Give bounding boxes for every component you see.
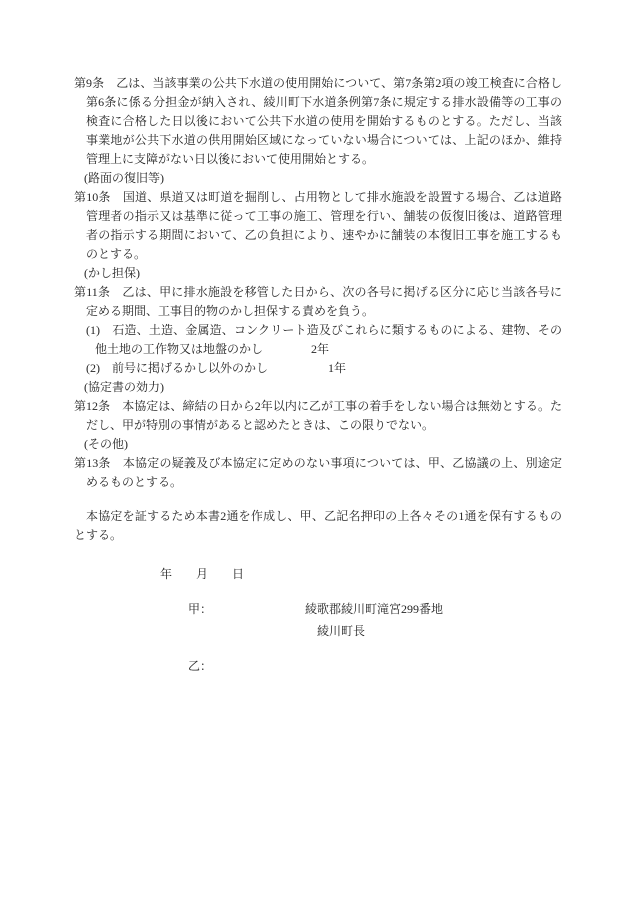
article-13-line2: めるものとする。 <box>86 473 562 492</box>
article-11-item2: (2) 前号に掲げるかし以外のかし 1年 <box>86 359 562 378</box>
article-9-line1: 第9条 乙は、当該事業の公共下水道の使用開始について、第7条第2項の竣工検査に合… <box>74 74 562 93</box>
heading-road-restoration: (路面の復旧等) <box>84 169 562 188</box>
party-b-label: 乙： <box>188 657 212 676</box>
article-11-line2: 定める期間、工事目的物のかし担保する責めを負う。 <box>86 302 562 321</box>
article-10-line1: 第10条 国道、県道又は町道を掘削し、占用物として排水施設を設置する場合、乙は道… <box>74 188 562 207</box>
party-b-line: 乙： <box>188 657 562 676</box>
article-9-line5: 管理上に支障がない日以後において使用開始とする。 <box>86 150 562 169</box>
party-a-address: 綾歌郡綾川町滝宮299番地 <box>305 600 443 619</box>
article-10-line3: 者の指示する期間において、乙の負担により、速やかに舗装の本復旧工事を施工するも <box>86 226 562 245</box>
article-9-line4: 事業地が公共下水道の供用開始区域になっていない場合については、上記のほか、維持 <box>86 131 562 150</box>
article-11-item1-line2: 他土地の工作物又は地盤のかし 2年 <box>95 340 562 359</box>
party-a-label: 甲： <box>188 600 212 619</box>
agreement-body: 第9条 乙は、当該事業の公共下水道の使用開始について、第7条第2項の竣工検査に合… <box>0 0 630 676</box>
article-10-line4: のとする。 <box>86 245 562 264</box>
closing-line1: 本協定を証するため本書2通を作成し、甲、乙記名押印の上各々その1通を保有するもの <box>86 507 562 526</box>
heading-defect-warranty: (かし担保) <box>84 264 562 283</box>
party-a-line: 甲：綾歌郡綾川町滝宮299番地 <box>188 600 562 619</box>
heading-misc: (その他) <box>84 435 562 454</box>
article-13-line1: 第13条 本協定の疑義及び本協定に定めのない事項については、甲、乙協議の上、別途… <box>74 454 562 473</box>
heading-agreement-effect: (協定書の効力) <box>84 378 562 397</box>
closing-line2: とする。 <box>74 526 562 545</box>
article-9-line2: 第6条に係る分担金が納入され、綾川町下水道条例第7条に規定する排水設備等の工事の <box>86 93 562 112</box>
date-line: 年 月 日 <box>160 565 562 584</box>
article-12-line1: 第12条 本協定は、締結の日から2年以内に乙が工事の着手をしない場合は無効とする… <box>74 397 562 416</box>
article-9-line3: 検査に合格した日以後において公共下水道の使用を開始するものとする。ただし、当該 <box>86 112 562 131</box>
party-a-title-line: 綾川町長 <box>317 622 562 641</box>
document-page: 第9条 乙は、当該事業の公共下水道の使用開始について、第7条第2項の竣工検査に合… <box>0 0 630 903</box>
article-11-line1: 第11条 乙は、甲に排水施設を移管した日から、次の各号に掲げる区分に応じ当該各号… <box>74 283 562 302</box>
article-11-item1-line1: (1) 石造、土造、金属造、コンクリート造及びこれらに類するものによる、建物、そ… <box>86 321 562 340</box>
article-12-line2: だし、甲が特別の事情があると認めたときは、この限りでない。 <box>86 416 562 435</box>
article-10-line2: 管理者の指示又は基準に従って工事の施工、管理を行い、舗装の仮復旧後は、道路管理 <box>86 207 562 226</box>
